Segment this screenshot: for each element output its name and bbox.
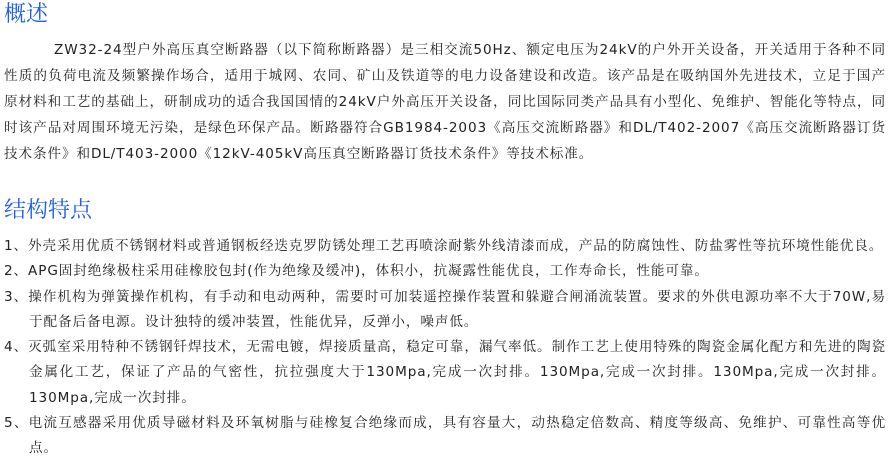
feature-text: 3、操作机构为弹簧操作机构，有手动和电动两种，需要时可加装遥控操作装置和躲避合闸… <box>4 289 833 305</box>
features-list: 1、外壳采用优质不锈钢材料或普通钢板经迭克罗防锈处理工艺再喷涂耐紫外线清漆而成，… <box>4 234 886 462</box>
feature-item-2: 2、APG固封绝缘极柱采用硅橡胶包封(作为绝缘及缓冲)，体积小，抗凝露性能优良，… <box>4 259 886 284</box>
feature-item-4: 4、灭弧室采用特种不锈钢钎焊技术，无需电镀，焊接质量高，稳定可靠，漏气率低。制作… <box>4 335 886 411</box>
feature-item-5: 5、电流互感器采用优质导磁材料及环氧树脂与硅橡复合绝缘而成，具有容量大，动热稳定… <box>4 411 886 462</box>
feature-item-3: 3、操作机构为弹簧操作机构，有手动和电动两种，需要时可加装遥控操作装置和躲避合闸… <box>4 285 886 336</box>
feature-text: 4、灭弧室采用特种不锈钢钎焊技术，无需电镀，焊接质量高，稳定可靠，漏气率低。制作… <box>4 339 842 355</box>
feature-item-1: 1、外壳采用优质不锈钢材料或普通钢板经迭克罗防锈处理工艺再喷涂耐紫外线清漆而成，… <box>4 234 886 259</box>
features-heading: 结构特点 <box>4 198 92 224</box>
overview-line: ZW32-24型户外高压真空断路器（以下简称断路器）是三相交流50Hz、额定电压… <box>54 42 872 58</box>
feature-text: 1、外壳采用优质不锈钢材料或普通钢板经迭克罗防锈处理工艺再喷涂耐紫外线清漆而成，… <box>4 238 840 254</box>
feature-text: 优良。 <box>840 238 883 254</box>
overview-heading: 概述 <box>4 2 48 28</box>
feature-text: 5、电流互感器采用优质导磁材料及环氧树脂与硅橡复合绝缘而成，具有容量大，动热稳定… <box>4 415 857 431</box>
overview-paragraph: ZW32-24型户外高压真空断路器（以下简称断路器）是三相交流50Hz、额定电压… <box>4 37 886 167</box>
feature-text: 2、APG固封绝缘极柱采用硅橡胶包封(作为绝缘及缓冲)，体积小，抗凝露性能优良，… <box>4 263 709 279</box>
